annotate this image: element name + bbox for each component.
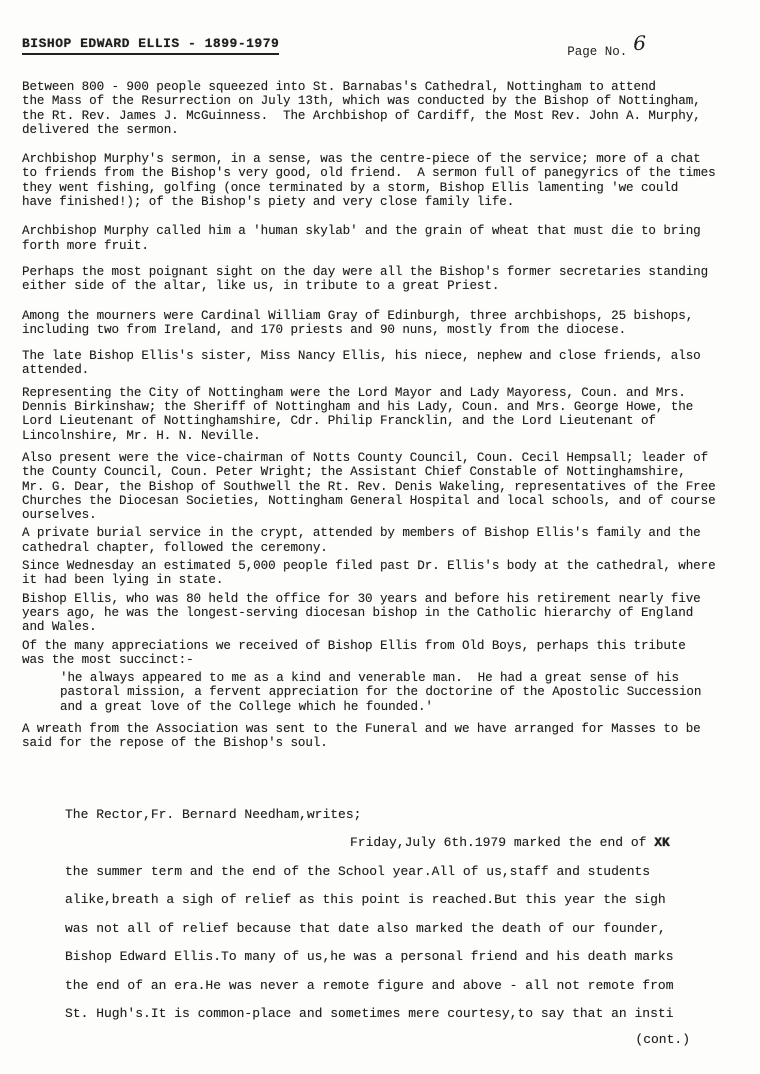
paragraph-sermon: Archbishop Murphy's sermon, in a sense, … [22,152,738,209]
paragraph-secretaries: Perhaps the most poignant sight on the d… [22,265,738,294]
document-title: BISHOP EDWARD ELLIS - 1899-1979 [22,36,279,55]
paragraph-family: The late Bishop Ellis's sister, Miss Nan… [22,349,738,378]
page-number-label: Page No. [567,45,627,59]
page-header: BISHOP EDWARD ELLIS - 1899-1979 Page No.… [22,36,738,60]
paragraph-burial: A private burial service in the crypt, a… [22,526,738,555]
paragraph-city-representatives: Representing the City of Nottingham were… [22,386,738,443]
paragraph-mourners: Among the mourners were Cardinal William… [22,309,738,338]
typed-over-characters: XK [654,835,670,850]
rector-section: The Rector,Fr. Bernard Needham,writes; F… [65,801,738,1051]
paragraph-tribute-quote: 'he always appeared to me as a kind and … [22,671,738,714]
rector-intro: The Rector,Fr. Bernard Needham,writes; [65,801,738,830]
page-number: Page No.6 [567,36,646,60]
paragraph-lying-in-state: Since Wednesday an estimated 5,000 peopl… [22,559,738,588]
rector-line-friday: Friday,July 6th.1979 marked the end of X… [65,829,738,858]
rector-line: the end of an era.He was never a remote … [65,972,738,1001]
paragraph-appreciations: Of the many appreciations we received of… [22,639,738,668]
rector-line: was not all of relief because that date … [65,915,738,944]
rector-line: St. Hugh's.It is common-place and someti… [65,1000,738,1029]
paragraph-also-present: Also present were the vice-chairman of N… [22,451,738,522]
rector-friday-text: Friday,July 6th.1979 marked the end of [350,835,654,850]
page-number-value: 6 [633,31,646,55]
paragraph-wreath: A wreath from the Association was sent t… [22,722,738,751]
article-body: Between 800 - 900 people squeezed into S… [22,80,738,751]
continuation-marker: (cont.) [65,1029,738,1051]
paragraph-longest-serving: Bishop Ellis, who was 80 held the office… [22,592,738,635]
rector-line: Bishop Edward Ellis.To many of us,he was… [65,943,738,972]
paragraph-skylab: Archbishop Murphy called him a 'human sk… [22,224,738,253]
rector-line: the summer term and the end of the Schoo… [65,858,738,887]
document-page: BISHOP EDWARD ELLIS - 1899-1979 Page No.… [0,0,760,1074]
paragraph-attendance: Between 800 - 900 people squeezed into S… [22,80,738,137]
rector-line: alike,breath a sigh of relief as this po… [65,886,738,915]
